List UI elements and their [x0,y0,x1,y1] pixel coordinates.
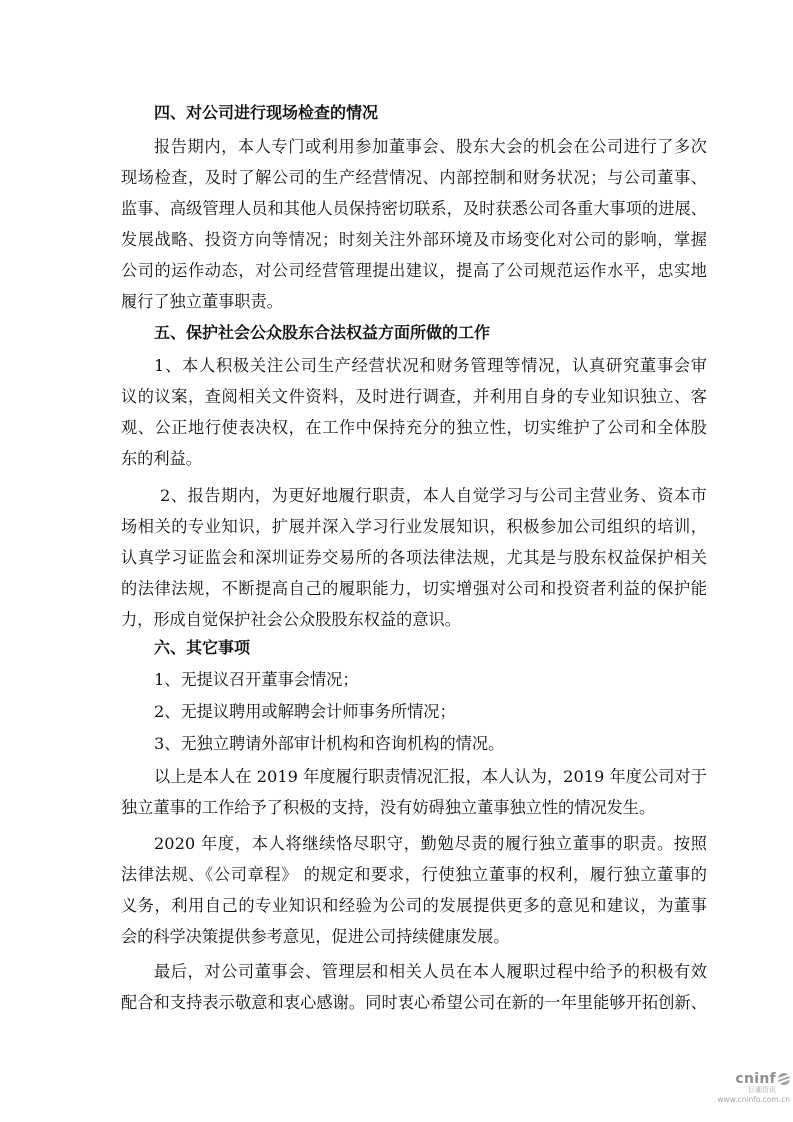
paragraph-line: 场相关的专业知识，扩展并深入学习行业发展知识，积极参加公司组织的培训， [121,512,707,542]
paragraph-line: 义务，利用自己的专业知识和经验为公司的发展提供更多的意见和建议，为董事 [121,891,707,921]
section-heading-5: 五、保护社会公众股东合法权益方面所做的工作 [154,318,707,348]
paragraph-line: 认真学习证监会和深圳证券交易所的各项法律法规，尤其是与股东权益保护相关 [121,543,707,573]
list-item: 2、无提议聘用或解聘会计师事务所情况； [154,697,707,727]
list-item: 3、无独立聘请外部审计机构和咨询机构的情况。 [154,729,707,759]
paragraph-line: 监事、高级管理人员和其他人员保持密切联系，及时获悉公司各重大事项的进展、 [121,194,707,224]
paragraph-line: 报告期内，本人专门或利用参加董事会、股东大会的机会在公司进行了多次 [154,132,707,162]
paragraph-line: 观、公正地行使表决权，在工作中保持充分的独立性，切实维护了公司和全体股 [121,413,707,443]
list-item: 1、无提议召开董事会情况； [154,665,707,695]
watermark-logo-text: cninf [735,1072,776,1086]
paragraph-line: 发展战略、投资方向等情况；时刻关注外部环境及市场变化对公司的影响，掌握 [121,225,707,255]
paragraph-line: 力，形成自觉保护社会公众股股东权益的意识。 [121,605,707,635]
paragraph-line: 2、报告期内，为更好地履行职责，本人自觉学习与公司主营业务、资本市 [160,481,707,511]
paragraph-line: 配合和支持表示敬意和衷心感谢。同时衷心希望公司在新的一年里能够开拓创新、 [121,988,707,1018]
paragraph-line: 独立董事的工作给予了积极的支持，没有妨碍独立董事独立性的情况发生。 [121,793,707,823]
paragraph-line: 1、本人积极关注公司生产经营状况和财务管理等情况，认真研究董事会审 [154,351,707,381]
paragraph-line: 的法律法规，不断提高自己的履职能力，切实增强对公司和投资者利益的保护能 [121,574,707,604]
cninfo-watermark: cninf 巨潮资讯 www.cninfo.com.cn [714,1072,790,1116]
paragraph-line: 公司的运作动态，对公司经营管理提出建议，提高了公司规范运作水平，忠实地 [121,256,707,286]
paragraph-line: 履行了独立董事职责。 [121,287,707,317]
paragraph-line: 2020 年度，本人将继续恪尽职守，勤勉尽责的履行独立董事的职责。按照 [154,829,707,859]
section-heading-6: 六、其它事项 [154,633,707,663]
paragraph-line: 现场检查，及时了解公司的生产经营情况、内部控制和财务状况；与公司董事、 [121,163,707,193]
paragraph-line: 以上是本人在 2019 年度履行职责情况汇报，本人认为，2019 年度公司对于 [154,762,707,792]
paragraph-line: 最后，对公司董事会、管理层和相关人员在本人履职过程中给予的积极有效 [154,957,707,987]
watermark-logo: cninf [714,1072,790,1086]
paragraph-line: 会的科学决策提供参考意见，促进公司持续健康发展。 [121,922,707,952]
swirl-logo-icon [778,1073,790,1085]
watermark-chinese-name: 巨潮资讯 [714,1086,790,1095]
paragraph-line: 议的议案，查阅相关文件资料，及时进行调查，并利用自身的专业知识独立、客 [121,382,707,412]
paragraph-line: 东的利益。 [121,444,707,474]
watermark-url: www.cninfo.com.cn [714,1095,790,1104]
section-heading-4: 四、对公司进行现场检查的情况 [154,98,707,128]
paragraph-line: 法律法规、《公司章程》 的规定和要求，行使独立董事的权利，履行独立董事的 [121,860,707,890]
document-page: 四、对公司进行现场检查的情况 报告期内，本人专门或利用参加董事会、股东大会的机会… [0,0,793,1122]
